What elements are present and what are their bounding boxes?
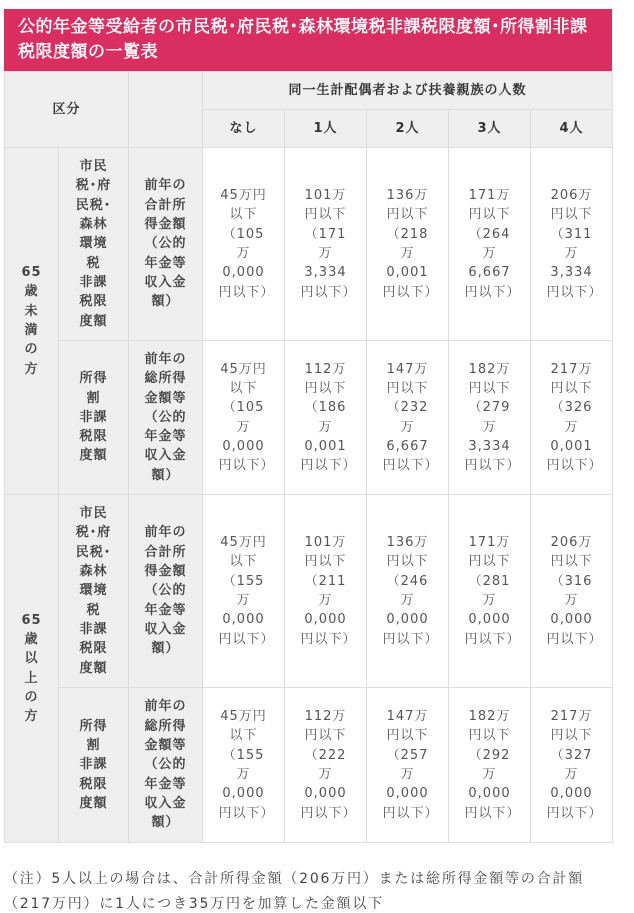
tax-type-cell: 所得割 非課税限度額 [59, 341, 129, 495]
value-cell: 147万円以下（257万0,000円以下） [367, 688, 449, 843]
limit-value: 147万円以下（232万6,667円以下） [383, 360, 433, 476]
value-cell: 171万円以下（264万6,667円以下） [449, 148, 531, 341]
tax-type-label: 市民税･府民税･森林環境税 非課税限度額 [75, 504, 113, 678]
value-cell: 206万円以下（316万0,000円以下） [531, 495, 613, 688]
limit-value: 182万円以下（292万0,000円以下） [465, 707, 515, 823]
limit-value: 217万円以下（327万0,000円以下） [547, 707, 597, 823]
value-cell: 171万円以下（281万0,000円以下） [449, 495, 531, 688]
age-group-label: 65歳以上の方 [22, 611, 42, 727]
header-dependents-3: 3人 [449, 110, 531, 148]
table-row: 所得割 非課税限度額 前年の総所得金額等（公的年金等収入金額） 45万円以下（1… [5, 688, 613, 843]
table-header: 区分 同一生計配偶者および扶養親族の人数 なし 1人 2人 3人 4人 [5, 72, 613, 148]
table-row: 65歳未満の方 市民税･府民税･森林環境税 非課税限度額 前年の合計所得金額（公… [5, 148, 613, 341]
limit-value: 136万円以下（246万0,000円以下） [383, 533, 433, 649]
limit-value: 45万円以下（105万0,000円以下） [219, 186, 269, 302]
tax-type-label: 所得割 非課税限度額 [75, 369, 113, 465]
table-row: 所得割 非課税限度額 前年の総所得金額等（公的年金等収入金額） 45万円以下（1… [5, 341, 613, 495]
limit-value: 112万円以下（186万0,001円以下） [301, 360, 351, 476]
value-cell: 217万円以下（326万0,001円以下） [531, 341, 613, 495]
value-cell: 101万円以下（211万0,000円以下） [285, 495, 367, 688]
limit-value: 112万円以下（222万0,000円以下） [301, 707, 351, 823]
basis-label: 前年の合計所得金額（公的年金等収入金額） [141, 523, 191, 658]
value-cell: 206万円以下（311万3,334円以下） [531, 148, 613, 341]
limit-value: 136万円以下（218万0,001円以下） [383, 186, 433, 302]
value-cell: 45万円以下（155万0,000円以下） [203, 688, 285, 843]
value-cell: 136万円以下（218万0,001円以下） [367, 148, 449, 341]
tax-type-label: 市民税･府民税･森林環境税 非課税限度額 [75, 157, 113, 331]
value-cell: 217万円以下（327万0,000円以下） [531, 688, 613, 843]
limit-value: 206万円以下（311万3,334円以下） [547, 186, 597, 302]
value-cell: 112万円以下（186万0,001円以下） [285, 341, 367, 495]
limit-value: 171万円以下（264万6,667円以下） [465, 186, 515, 302]
header-basis [129, 72, 203, 148]
limit-value: 171万円以下（281万0,000円以下） [465, 533, 515, 649]
tax-type-label: 所得割 非課税限度額 [75, 717, 113, 813]
header-dependents-2: 2人 [367, 110, 449, 148]
table-title: 公的年金等受給者の市民税･府民税･森林環境税非課税限度額･所得割非課税限度額の一… [4, 9, 612, 71]
limit-value: 182万円以下（279万3,334円以下） [465, 360, 515, 476]
age-group-cell: 65歳未満の方 [5, 148, 59, 495]
table-row: 65歳以上の方 市民税･府民税･森林環境税 非課税限度額 前年の合計所得金額（公… [5, 495, 613, 688]
table-body: 65歳未満の方 市民税･府民税･森林環境税 非課税限度額 前年の合計所得金額（公… [5, 148, 613, 843]
header-dependents-1: 1人 [285, 110, 367, 148]
limit-value: 45万円以下（155万0,000円以下） [219, 533, 269, 649]
header-dependents-none: なし [203, 110, 285, 148]
tax-limit-table-section: 公的年金等受給者の市民税･府民税･森林環境税非課税限度額･所得割非課税限度額の一… [4, 9, 612, 913]
header-row: 区分 同一生計配偶者および扶養親族の人数 [5, 72, 613, 110]
value-cell: 101万円以下（171万3,334円以下） [285, 148, 367, 341]
header-dependents-4: 4人 [531, 110, 613, 148]
value-cell: 182万円以下（279万3,334円以下） [449, 341, 531, 495]
limit-value: 147万円以下（257万0,000円以下） [383, 707, 433, 823]
value-cell: 112万円以下（222万0,000円以下） [285, 688, 367, 843]
tax-type-cell: 市民税･府民税･森林環境税 非課税限度額 [59, 495, 129, 688]
limit-value: 45万円以下（105万0,000円以下） [219, 360, 269, 476]
value-cell: 45万円以下（105万0,000円以下） [203, 148, 285, 341]
basis-cell: 前年の合計所得金額（公的年金等収入金額） [129, 148, 203, 341]
basis-cell: 前年の総所得金額等（公的年金等収入金額） [129, 341, 203, 495]
basis-label: 前年の合計所得金額（公的年金等収入金額） [141, 176, 191, 311]
limit-value: 101万円以下（211万0,000円以下） [301, 533, 351, 649]
header-dependents-group: 同一生計配偶者および扶養親族の人数 [203, 72, 613, 110]
basis-label: 前年の総所得金額等（公的年金等収入金額） [141, 697, 191, 832]
age-group-label: 65歳未満の方 [22, 263, 42, 379]
tax-type-cell: 所得割 非課税限度額 [59, 688, 129, 843]
basis-cell: 前年の総所得金額等（公的年金等収入金額） [129, 688, 203, 843]
limit-value: 101万円以下（171万3,334円以下） [301, 186, 351, 302]
age-group-cell: 65歳以上の方 [5, 495, 59, 843]
footnote: （注）5人以上の場合は、合計所得金額（206万円）または総所得金額等の合計額（2… [4, 867, 612, 913]
tax-limit-table: 区分 同一生計配偶者および扶養親族の人数 なし 1人 2人 3人 4人 65歳未… [4, 71, 613, 843]
limit-value: 206万円以下（316万0,000円以下） [547, 533, 597, 649]
value-cell: 182万円以下（292万0,000円以下） [449, 688, 531, 843]
value-cell: 45万円以下（105万0,000円以下） [203, 341, 285, 495]
limit-value: 45万円以下（155万0,000円以下） [219, 707, 269, 823]
basis-label: 前年の総所得金額等（公的年金等収入金額） [141, 350, 191, 485]
limit-value: 217万円以下（326万0,001円以下） [547, 360, 597, 476]
tax-type-cell: 市民税･府民税･森林環境税 非課税限度額 [59, 148, 129, 341]
value-cell: 136万円以下（246万0,000円以下） [367, 495, 449, 688]
header-category: 区分 [5, 72, 129, 148]
value-cell: 147万円以下（232万6,667円以下） [367, 341, 449, 495]
value-cell: 45万円以下（155万0,000円以下） [203, 495, 285, 688]
basis-cell: 前年の合計所得金額（公的年金等収入金額） [129, 495, 203, 688]
